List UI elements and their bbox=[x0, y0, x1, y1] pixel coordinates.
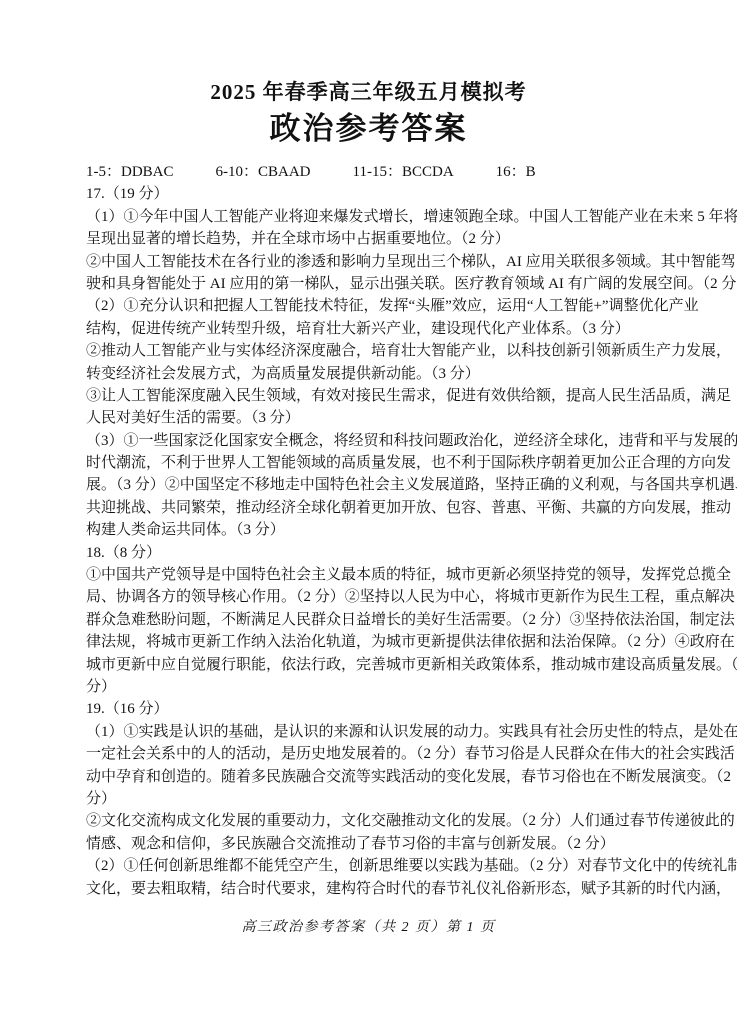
answer-sheet-page: 2025 年春季高三年级五月模拟考 政治参考答案 1-5：DDBAC 6-10：… bbox=[0, 0, 737, 1021]
text-line: 转变经济社会发展方式，为高质量发展提供新动能。（3 分） bbox=[86, 363, 698, 385]
text-line: 驶和具身智能处于 AI 应用的第一梯队，显示出强关联。医疗教育领域 AI 有广阔… bbox=[86, 273, 698, 295]
answer-content: 1-5：DDBAC 6-10：CBAAD 11-15：BCCDA 16：B 17… bbox=[86, 161, 698, 900]
answer-key-group: 11-15：BCCDA bbox=[353, 161, 454, 183]
text-line: 17.（19 分） bbox=[86, 183, 698, 205]
text-line: ③让人工智能深度融入民生领域，有效对接民生需求，促进有效供给额，提高人民生活品质… bbox=[86, 385, 698, 407]
text-line: 结构，促进传统产业转型升级，培育壮大新兴产业，建设现代化产业体系。（3 分） bbox=[86, 318, 698, 340]
text-line: （1）①实践是认识的基础，是认识的来源和认识发展的动力。实践具有社会历史性的特点… bbox=[86, 721, 698, 743]
text-line: 共迎挑战、共同繁荣，推动经济全球化朝着更加开放、包容、普惠、平衡、共赢的方向发展… bbox=[86, 497, 698, 519]
text-line: 局、协调各方的领导核心作用。（2 分）②坚持以人民为中心，将城市更新作为民生工程… bbox=[86, 586, 698, 608]
text-line: 群众急难愁盼问题，不断满足人民群众日益增长的美好生活需要。（2 分）③坚持依法治… bbox=[86, 609, 698, 631]
text-line: 呈现出显著的增长趋势，并在全球市场中占据重要地位。（2 分） bbox=[86, 228, 698, 250]
answer-key-group: 1-5：DDBAC bbox=[86, 161, 174, 183]
multiple-choice-answer-key: 1-5：DDBAC 6-10：CBAAD 11-15：BCCDA 16：B bbox=[86, 161, 698, 183]
text-line: ②文化交流构成文化发展的重要动力，文化交融推动文化的发展。（2 分）人们通过春节… bbox=[86, 810, 698, 832]
text-line: 城市更新中应自觉履行职能，依法行政，完善城市更新相关政策体系，推动城市建设高质量… bbox=[86, 654, 698, 676]
text-line: 动中孕育和创造的。随着多民族融合交流等实践活动的变化发展，春节习俗也在不断发展演… bbox=[86, 766, 698, 788]
page-footer: 高三政治参考答案（共 2 页）第 1 页 bbox=[0, 916, 737, 936]
text-line: ②中国人工智能技术在各行业的渗透和影响力呈现出三个梯队，AI 应用关联很多领域。… bbox=[86, 251, 698, 273]
text-line: （1）①今年中国人工智能产业将迎来爆发式增长，增速领跑全球。中国人工智能产业在未… bbox=[86, 206, 698, 228]
answer-key-group: 6-10：CBAAD bbox=[216, 161, 311, 183]
text-line: ①中国共产党领导是中国特色社会主义最本质的特征，城市更新必须坚持党的领导，发挥党… bbox=[86, 564, 698, 586]
exam-title: 2025 年春季高三年级五月模拟考 bbox=[0, 76, 737, 106]
text-line: 展。（3 分）②中国坚定不移地走中国特色社会主义发展道路，坚持正确的义利观，与各… bbox=[86, 474, 698, 496]
text-line: （2）①任何创新思维都不能凭空产生，创新思维要以实践为基础。（2 分）对春节文化… bbox=[86, 855, 698, 877]
text-line: 律法规，将城市更新工作纳入法治化轨道，为城市更新提供法律依据和法治保障。（2 分… bbox=[86, 631, 698, 653]
text-line: 一定社会关系中的人的活动，是历史地发展着的。（2 分）春节习俗是人民群众在伟大的… bbox=[86, 743, 698, 765]
text-line: （3）①一些国家泛化国家安全概念，将经贸和科技问题政治化，逆经济全球化，违背和平… bbox=[86, 430, 698, 452]
subject-title: 政治参考答案 bbox=[0, 103, 737, 148]
text-line: ②推动人工智能产业与实体经济深度融合，培育壮大智能产业，以科技创新引领新质生产力… bbox=[86, 340, 698, 362]
text-line: 人民对美好生活的需要。（3 分） bbox=[86, 407, 698, 429]
text-line: 时代潮流，不利于世界人工智能领域的高质量发展，也不利于国际秩序朝着更加公正合理的… bbox=[86, 452, 698, 474]
text-line: （2）①充分认识和把握人工智能技术特征，发挥“头雁”效应，运用“人工智能+”调整… bbox=[86, 295, 698, 317]
text-line: 文化，要去粗取精，结合时代要求，建构符合时代的春节礼仪礼俗新形态，赋予其新的时代… bbox=[86, 878, 698, 900]
text-line: 情感、观念和信仰，多民族融合交流推动了春节习俗的丰富与创新发展。（2 分） bbox=[86, 833, 698, 855]
text-line: 分） bbox=[86, 788, 698, 810]
text-line: 18.（8 分） bbox=[86, 542, 698, 564]
answer-key-group: 16：B bbox=[496, 161, 536, 183]
text-line: 分） bbox=[86, 676, 698, 698]
text-line: 构建人类命运共同体。（3 分） bbox=[86, 519, 698, 541]
text-line: 19.（16 分） bbox=[86, 698, 698, 720]
